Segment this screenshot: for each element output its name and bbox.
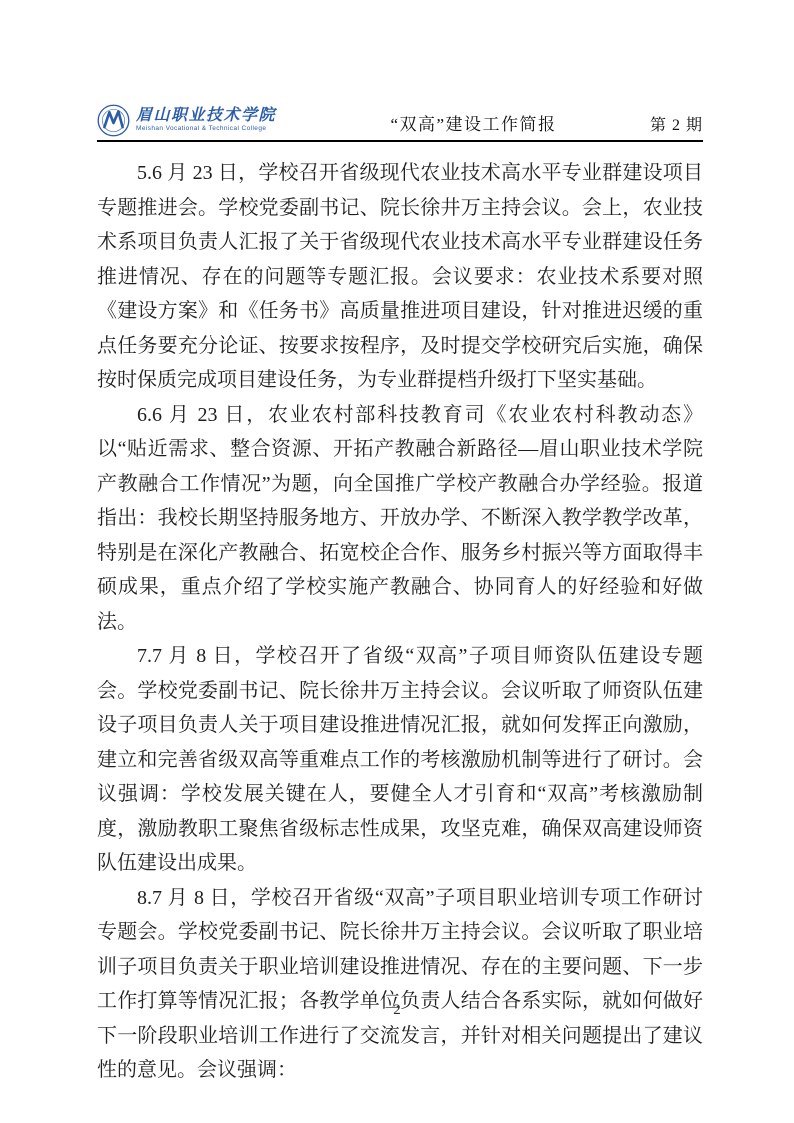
college-emblem-icon (97, 104, 130, 137)
school-name-block: 眉山职业技术学院 Meishan Vocational & Technical … (136, 108, 276, 133)
document-page: 眉山职业技术学院 Meishan Vocational & Technical … (0, 0, 794, 1123)
page-header: 眉山职业技术学院 Meishan Vocational & Technical … (97, 103, 703, 142)
page-number: 2 (0, 1002, 794, 1019)
school-name-zh: 眉山职业技术学院 (136, 108, 276, 124)
issue-number: 第 2 期 (650, 112, 703, 137)
paragraph-item-7: 7.7 月 8 日，学校召开了省级“双高”子项目师资队伍建设专题会。学校党委副书… (97, 639, 703, 881)
document-body: 5.6 月 23 日，学校召开省级现代农业技术高水平专业群建设项目专题推进会。学… (97, 156, 703, 1088)
school-logo: 眉山职业技术学院 Meishan Vocational & Technical … (97, 104, 297, 137)
school-name-en: Meishan Vocational & Technical College (136, 126, 276, 133)
paragraph-item-5: 5.6 月 23 日，学校召开省级现代农业技术高水平专业群建设项目专题推进会。学… (97, 156, 703, 398)
bulletin-title: “双高”建设工作简报 (297, 110, 650, 137)
paragraph-item-8: 8.7 月 8 日，学校召开省级“双高”子项目职业培训专项工作研讨专题会。学校党… (97, 881, 703, 1088)
paragraph-item-6: 6.6 月 23 日，农业农村部科技教育司《农业农村科教动态》以“贴近需求、整合… (97, 398, 703, 640)
